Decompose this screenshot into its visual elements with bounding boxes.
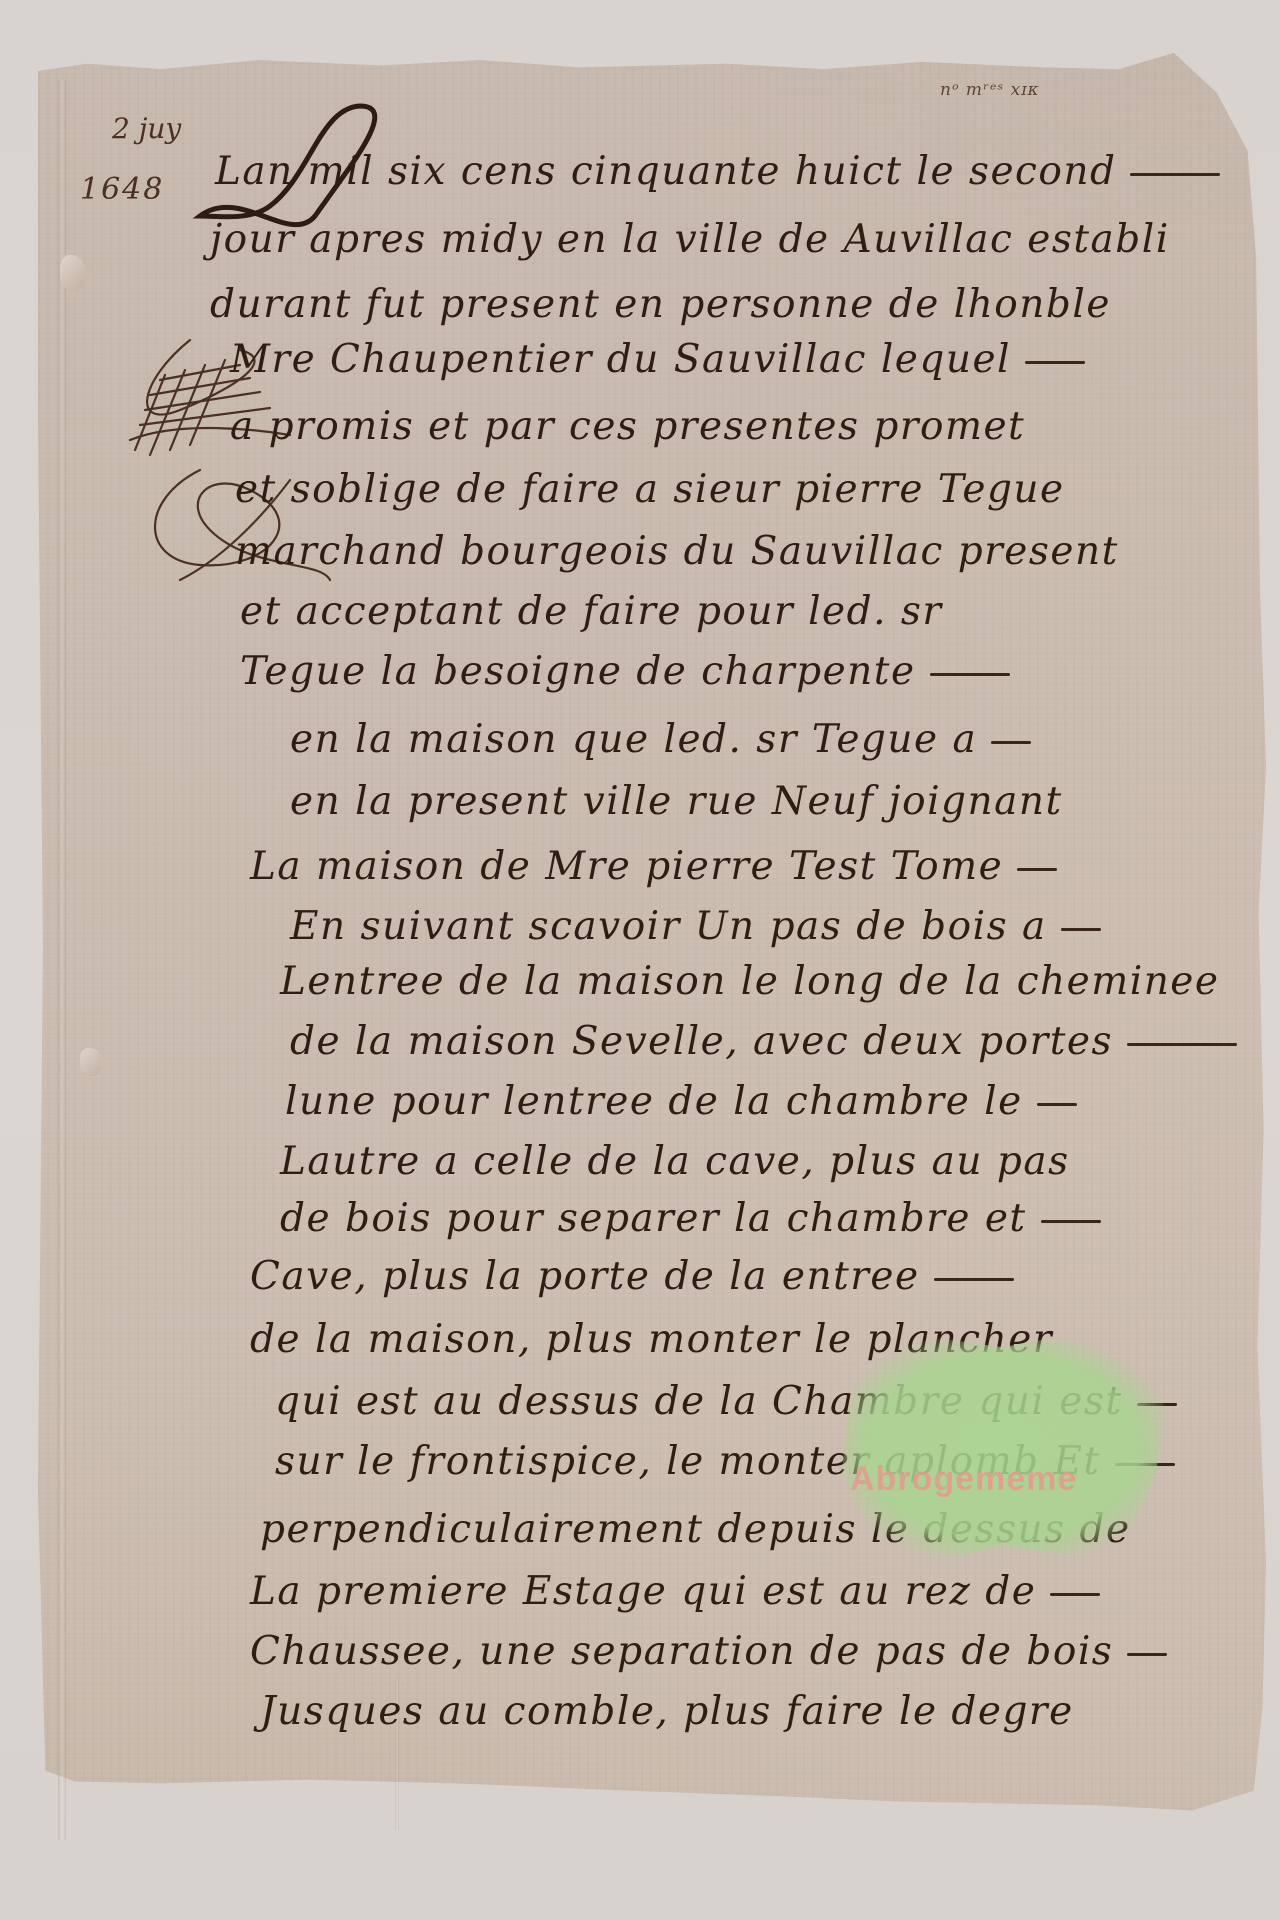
manuscript-line: Lan mil six cens cinquante huict le seco… (215, 150, 1185, 194)
manuscript-line: jour apres midy en la ville de Auvillac … (210, 218, 1180, 262)
manuscript-line: La maison de Mre pierre Test Tome (250, 845, 1220, 889)
manuscript-line: Cave, plus la porte de la entree (250, 1255, 1220, 1299)
line-filler-stroke (934, 1278, 1014, 1281)
line-text: de bois pour separer la chambre et (280, 1196, 1027, 1241)
line-text: Chaussee, une separation de pas de bois (250, 1629, 1113, 1674)
manuscript-line: Chaussee, une separation de pas de bois (250, 1630, 1220, 1674)
manuscript-line: marchand bourgeois du Sauvillac present (235, 530, 1205, 574)
line-text: lune pour lentree de la chambre le (285, 1079, 1023, 1124)
manuscript-line: de la maison Sevelle, avec deux portes (290, 1020, 1260, 1064)
manuscript-line: a promis et par ces presentes promet (230, 405, 1200, 449)
struck-filler-stroke (930, 673, 1010, 676)
line-filler-stroke (1017, 868, 1057, 871)
line-text: en la present ville rue Neuf joignant (290, 779, 1063, 824)
line-text: de la maison Sevelle, avec deux portes (290, 1019, 1113, 1064)
line-text: jour apres midy en la ville de Auvillac … (210, 217, 1170, 262)
manuscript-line: Mre Chaupentier du Sauvillac lequel (230, 338, 1200, 382)
line-filler-stroke (1061, 928, 1101, 931)
line-text: Lautre a celle de la cave, plus au pas (280, 1139, 1070, 1184)
manuscript-line: en la present ville rue Neuf joignant (290, 780, 1260, 824)
line-text: Jusques au comble, plus faire le degre (260, 1689, 1074, 1734)
archive-stamp-text: Abrogememe (850, 1460, 1077, 1499)
manuscript-line: lune pour lentree de la chambre le (285, 1080, 1255, 1124)
line-filler-stroke (1025, 361, 1085, 364)
line-text: Cave, plus la porte de la entree (250, 1254, 920, 1299)
line-filler-stroke (1041, 1220, 1101, 1223)
manuscript-line: Lentree de la maison le long de la chemi… (280, 960, 1250, 1004)
line-text: La maison de Mre pierre Test Tome (250, 844, 1003, 889)
line-text: durant fut present en personne de lhonbl… (210, 282, 1111, 327)
manuscript-line: en la maison que led. sr Tegue a (290, 718, 1260, 762)
line-text: Tegue la besoigne de charpente (240, 649, 916, 694)
line-filler-stroke (991, 741, 1031, 744)
manuscript-line: Lautre a celle de la cave, plus au pas (280, 1140, 1250, 1184)
manuscript-line: et soblige de faire a sieur pierre Tegue (235, 468, 1205, 512)
line-text: marchand bourgeois du Sauvillac present (235, 529, 1119, 574)
line-text: Mre Chaupentier du Sauvillac lequel (230, 337, 1011, 382)
line-text: Lentree de la maison le long de la chemi… (280, 959, 1219, 1004)
line-text: En suivant scavoir Un pas de bois a (290, 904, 1047, 949)
line-filler-stroke (1127, 1043, 1237, 1046)
manuscript-line: Tegue la besoigne de charpente (240, 650, 1210, 694)
line-text: Lan mil six cens cinquante huict le seco… (215, 149, 1116, 194)
line-text: La premiere Estage qui est au rez de (250, 1569, 1036, 1614)
manuscript-line: En suivant scavoir Un pas de bois a (290, 905, 1260, 949)
line-filler-stroke (1127, 1653, 1167, 1656)
line-filler-stroke (1050, 1593, 1100, 1596)
manuscript-line: et acceptant de faire pour led. sr (240, 590, 1210, 634)
manuscript-text-body: Lan mil six cens cinquante huict le seco… (0, 0, 1280, 1920)
manuscript-line: de bois pour separer la chambre et (280, 1197, 1250, 1241)
manuscript-line: La premiere Estage qui est au rez de (250, 1570, 1220, 1614)
line-text: a promis et par ces presentes promet (230, 404, 1025, 449)
line-text: en la maison que led. sr Tegue a (290, 717, 977, 762)
manuscript-line: durant fut present en personne de lhonbl… (210, 283, 1180, 327)
line-text: et soblige de faire a sieur pierre Tegue (235, 467, 1065, 512)
line-filler-stroke (1130, 173, 1220, 176)
manuscript-line: Jusques au comble, plus faire le degre (260, 1690, 1230, 1734)
line-text: et acceptant de faire pour led. sr (240, 589, 943, 634)
line-filler-stroke (1037, 1103, 1077, 1106)
